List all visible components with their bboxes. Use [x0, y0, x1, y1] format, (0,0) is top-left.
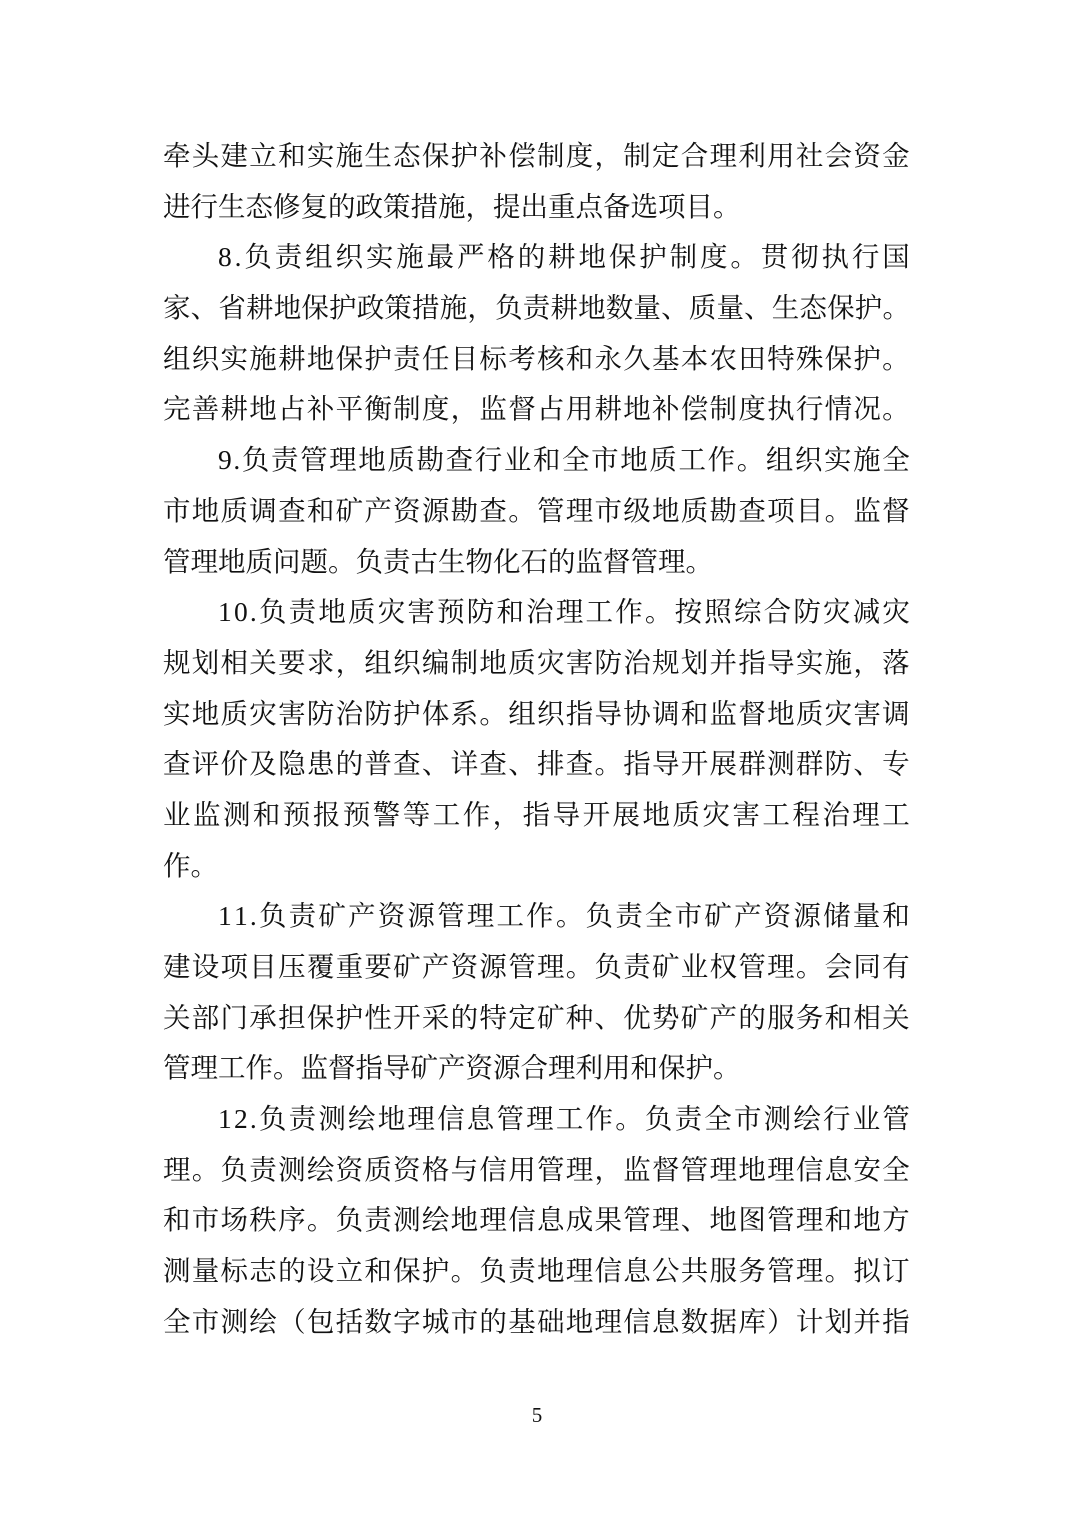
- document-page: 牵头建立和实施生态保护补偿制度，制定合理利用社会资金进行生态修复的政策措施，提出…: [0, 0, 1074, 1520]
- text-line: 组织实施耕地保护责任目标考核和永久基本农田特殊保护。: [163, 334, 910, 385]
- text-line: 查评价及隐患的普查、详查、排查。指导开展群测群防、专: [163, 739, 910, 790]
- text-line: 9.负责管理地质勘查行业和全市地质工作。组织实施全: [163, 435, 910, 486]
- text-line: 全市测绘（包括数字城市的基础地理信息数据库）计划并指: [163, 1297, 910, 1348]
- text-line: 测量标志的设立和保护。负责地理信息公共服务管理。拟订: [163, 1246, 910, 1297]
- text-line: 实地质灾害防治防护体系。组织指导协调和监督地质灾害调: [163, 689, 910, 740]
- text-line: 11.负责矿产资源管理工作。负责全市矿产资源储量和: [163, 891, 910, 942]
- page-number: 5: [0, 1399, 1074, 1431]
- text-line: 完善耕地占补平衡制度，监督占用耕地补偿制度执行情况。: [163, 384, 910, 435]
- text-line: 管理工作。监督指导矿产资源合理利用和保护。: [163, 1043, 910, 1094]
- text-line: 进行生态修复的政策措施，提出重点备选项目。: [163, 182, 910, 233]
- text-line: 建设项目压覆重要矿产资源管理。负责矿业权管理。会同有: [163, 942, 910, 993]
- text-line: 10.负责地质灾害预防和治理工作。按照综合防灾减灾: [163, 587, 910, 638]
- text-line: 12.负责测绘地理信息管理工作。负责全市测绘行业管: [163, 1094, 910, 1145]
- text-line: 业监测和预报预警等工作，指导开展地质灾害工程治理工: [163, 790, 910, 841]
- text-block: 牵头建立和实施生态保护补偿制度，制定合理利用社会资金进行生态修复的政策措施，提出…: [163, 131, 910, 1348]
- text-line: 作。: [163, 841, 910, 892]
- text-line: 关部门承担保护性开采的特定矿种、优势矿产的服务和相关: [163, 993, 910, 1044]
- text-line: 市地质调查和矿产资源勘查。管理市级地质勘查项目。监督: [163, 486, 910, 537]
- text-line: 牵头建立和实施生态保护补偿制度，制定合理利用社会资金: [163, 131, 910, 182]
- text-line: 管理地质问题。负责古生物化石的监督管理。: [163, 537, 910, 588]
- text-line: 和市场秩序。负责测绘地理信息成果管理、地图管理和地方: [163, 1195, 910, 1246]
- text-line: 规划相关要求，组织编制地质灾害防治规划并指导实施，落: [163, 638, 910, 689]
- text-line: 理。负责测绘资质资格与信用管理，监督管理地理信息安全: [163, 1145, 910, 1196]
- text-line: 8.负责组织实施最严格的耕地保护制度。贯彻执行国: [163, 232, 910, 283]
- text-line: 家、省耕地保护政策措施，负责耕地数量、质量、生态保护。: [163, 283, 910, 334]
